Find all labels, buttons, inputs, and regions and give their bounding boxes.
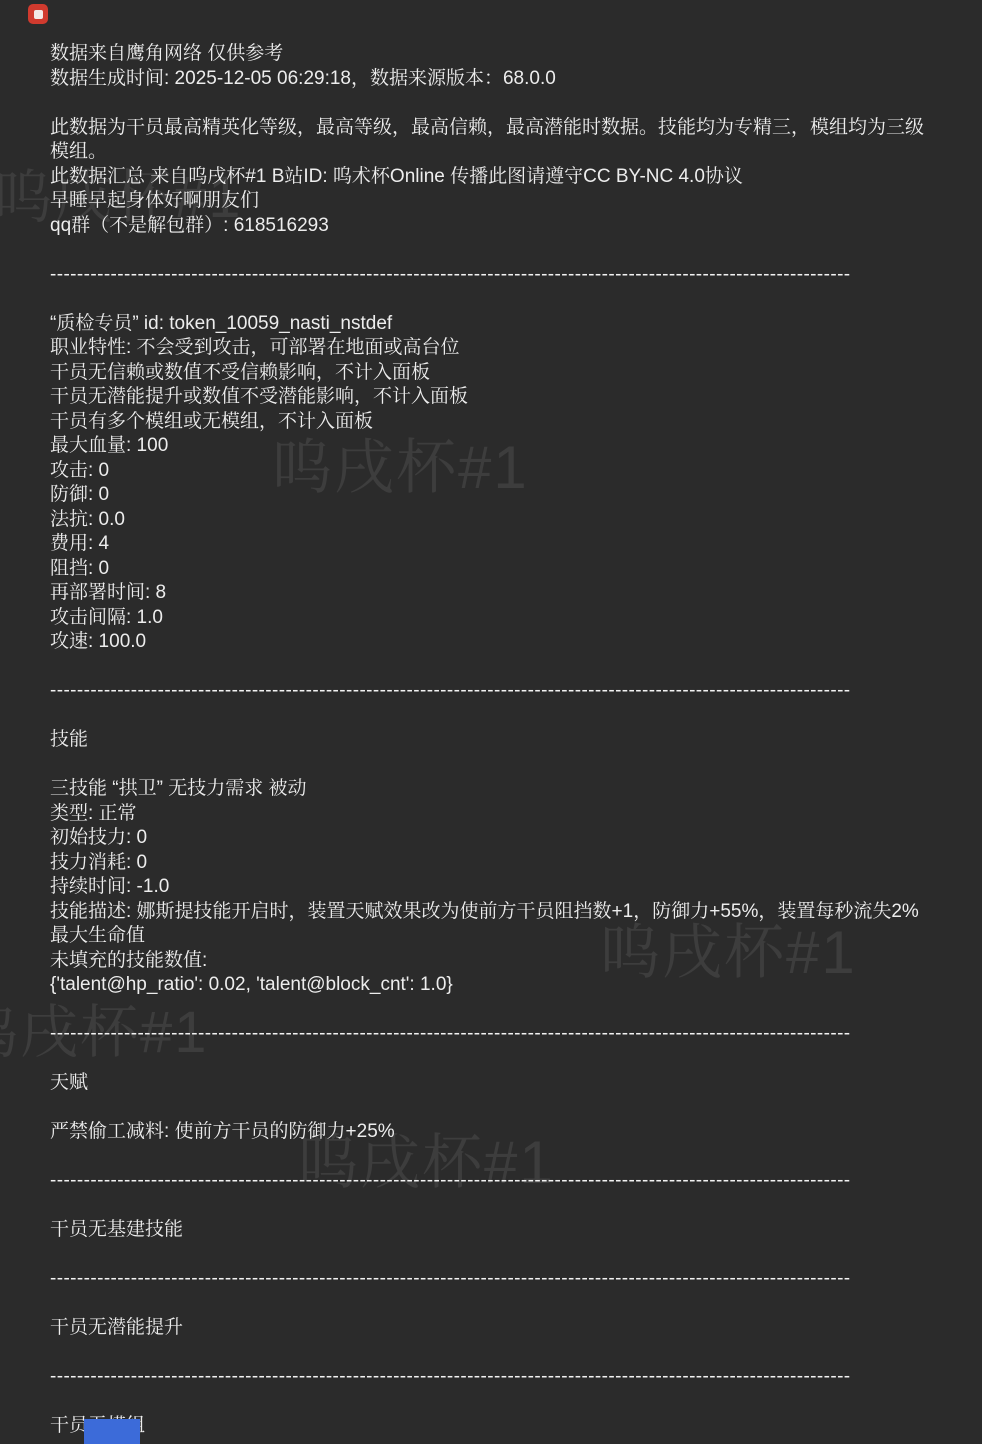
blank-line — [50, 753, 930, 778]
text-line: 未填充的技能数值: — [50, 949, 930, 974]
blank-line — [50, 1145, 930, 1170]
text-line: 早睡早起身体好啊朋友们 — [50, 189, 930, 214]
separator-line: ----------------------------------------… — [50, 1267, 850, 1292]
text-line: 干员有多个模组或无模组，不计入面板 — [50, 410, 930, 435]
red-badge-icon — [28, 4, 48, 24]
red-badge-glyph — [34, 10, 43, 19]
blue-marker — [84, 1419, 140, 1444]
text-line: 法抗: 0.0 — [50, 508, 930, 533]
blank-line — [50, 91, 930, 116]
text-line: 干员无潜能提升 — [50, 1316, 930, 1341]
separator-line: ----------------------------------------… — [50, 1022, 850, 1047]
text-line: 干员无模组 — [50, 1414, 930, 1439]
text-line: 类型: 正常 — [50, 802, 930, 827]
separator-line: ----------------------------------------… — [50, 1169, 850, 1194]
text-line: 持续时间: -1.0 — [50, 875, 930, 900]
text-line: 再部署时间: 8 — [50, 581, 930, 606]
text-line: 天赋 — [50, 1071, 930, 1096]
blank-line — [50, 655, 930, 680]
blank-line — [50, 1096, 930, 1121]
separator-line: ----------------------------------------… — [50, 679, 850, 704]
text-line: 技能 — [50, 728, 930, 753]
separator-line: ----------------------------------------… — [50, 1365, 850, 1390]
separator-line: ----------------------------------------… — [50, 263, 850, 288]
text-line: 此数据汇总 来自呜戌杯#1 B站ID: 呜术杯Online 传播此图请遵守CC … — [50, 165, 930, 190]
text-line: 阻挡: 0 — [50, 557, 930, 582]
blank-line — [50, 238, 930, 263]
blank-line — [50, 998, 930, 1023]
text-line: 费用: 4 — [50, 532, 930, 557]
text-line: 攻击间隔: 1.0 — [50, 606, 930, 631]
text-line: 防御: 0 — [50, 483, 930, 508]
text-line: 干员无信赖或数值不受信赖影响，不计入面板 — [50, 361, 930, 386]
text-line: 初始技力: 0 — [50, 826, 930, 851]
text-line: 数据生成时间: 2025-12-05 06:29:18，数据来源版本：68.0.… — [50, 67, 930, 92]
text-line: 此数据为干员最高精英化等级，最高等级，最高信赖，最高潜能时数据。技能均为专精三，… — [50, 116, 930, 165]
text-line: 严禁偷工减料: 使前方干员的防御力+25% — [50, 1120, 930, 1145]
text-line: 数据来自鹰角网络 仅供参考 — [50, 42, 930, 67]
text-line: 技能描述: 娜斯提技能开启时，装置天赋效果改为使前方干员阻挡数+1，防御力+55… — [50, 900, 930, 949]
blank-line — [50, 1194, 930, 1219]
text-line: qq群（不是解包群）: 618516293 — [50, 214, 930, 239]
blank-line — [50, 1292, 930, 1317]
text-line: 干员无潜能提升或数值不受潜能影响，不计入面板 — [50, 385, 930, 410]
text-line: 最大血量: 100 — [50, 434, 930, 459]
text-line: 三技能 “拱卫” 无技力需求 被动 — [50, 777, 930, 802]
blank-line — [50, 1390, 930, 1415]
text-line: 攻击: 0 — [50, 459, 930, 484]
blank-line — [50, 704, 930, 729]
blank-line — [50, 1341, 930, 1366]
text-line: {'talent@hp_ratio': 0.02, 'talent@block_… — [50, 973, 930, 998]
text-line: 干员无基建技能 — [50, 1218, 930, 1243]
blank-line — [50, 1243, 930, 1268]
text-line: “质检专员” id: token_10059_nasti_nstdef — [50, 312, 930, 337]
blank-line — [50, 1047, 930, 1072]
text-line: 职业特性: 不会受到攻击，可部署在地面或高台位 — [50, 336, 930, 361]
blank-line — [50, 287, 930, 312]
text-line: 攻速: 100.0 — [50, 630, 930, 655]
text-line: 技力消耗: 0 — [50, 851, 930, 876]
document-lines: 数据来自鹰角网络 仅供参考数据生成时间: 2025-12-05 06:29:18… — [50, 42, 930, 1439]
